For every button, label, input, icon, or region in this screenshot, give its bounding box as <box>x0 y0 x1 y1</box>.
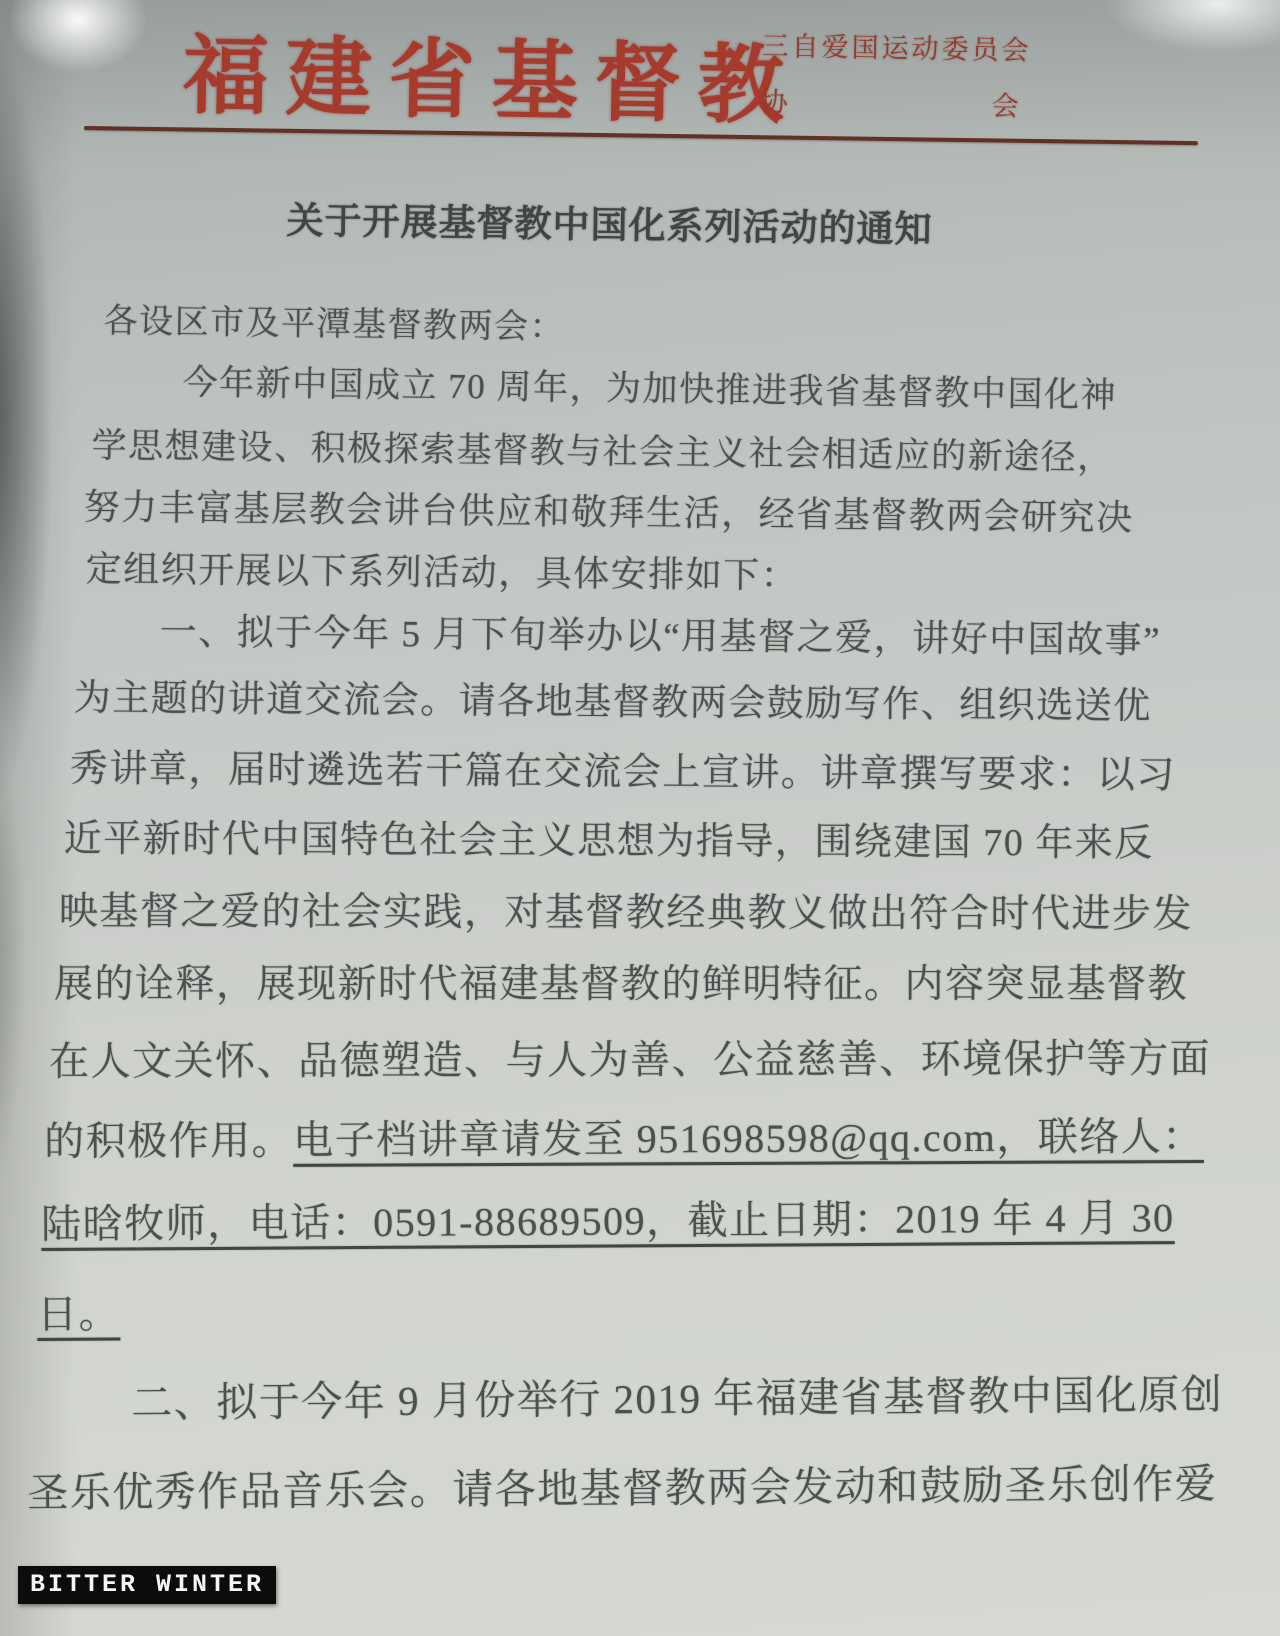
bitter-winter-watermark: BITTER WINTER <box>18 1566 276 1604</box>
body-line: 各设区市及平潭基督教两会： <box>103 293 565 348</box>
body-line: 日。 <box>37 1282 120 1340</box>
body-line: 在人文关怀、品德塑造、与人为善、公益慈善、环境保护等方面 <box>49 1027 1211 1087</box>
document-body: 各设区市及平潭基督教两会： 今年新中国成立 70 周年，为加快推进我省基督教中国… <box>0 0 1280 1636</box>
body-line: 展的诠释，展现新时代福建基督教的鲜明特征。内容突显基督教 <box>54 953 1188 1009</box>
body-line: 近平新时代中国特色社会主义思想为指导，围绕建国 70 年来反 <box>64 807 1154 867</box>
body-line: 定组织开展以下系列活动，具体安排如下： <box>86 541 799 599</box>
body-line-contact-email: 的积极作用。电子档讲章请发至 951698598@qq.com，联络人： <box>44 1105 1204 1167</box>
body-line-contact-phone: 陆晗牧师，电话：0591-88689509，截止日期：2019 年 4 月 30 <box>41 1186 1175 1250</box>
body-line: 为主题的讲道交流会。请各地基督教两会鼓励写作、组织选送优 <box>74 667 1152 729</box>
body-line: 圣乐优秀作品音乐会。请各地基督教两会发动和鼓励圣乐创作爱 <box>27 1451 1217 1519</box>
body-line: 二、拟于今年 9 月份举行 2019 年福建省基督教中国化原创 <box>131 1361 1223 1429</box>
body-line: 学思想建设、积极探索基督教与社会主义社会相适应的新途径， <box>91 418 1114 480</box>
body-line: 秀讲章，届时遴选若干篇在交流会上宣讲。讲章撰写要求：以习 <box>70 737 1176 799</box>
body-line: 一、拟于今年 5 月下旬举办以“用基督之爱，讲好中国故事” <box>160 601 1162 664</box>
body-line: 映基督之爱的社会实践，对基督教经典教义做出符合时代进步发 <box>59 880 1193 939</box>
body-line: 努力丰富基层教会讲台供应和敬拜生活，经省基督教两会研究决 <box>83 479 1133 541</box>
body-line: 今年新中国成立 70 周年，为加快推进我省基督教中国化神 <box>182 355 1117 418</box>
